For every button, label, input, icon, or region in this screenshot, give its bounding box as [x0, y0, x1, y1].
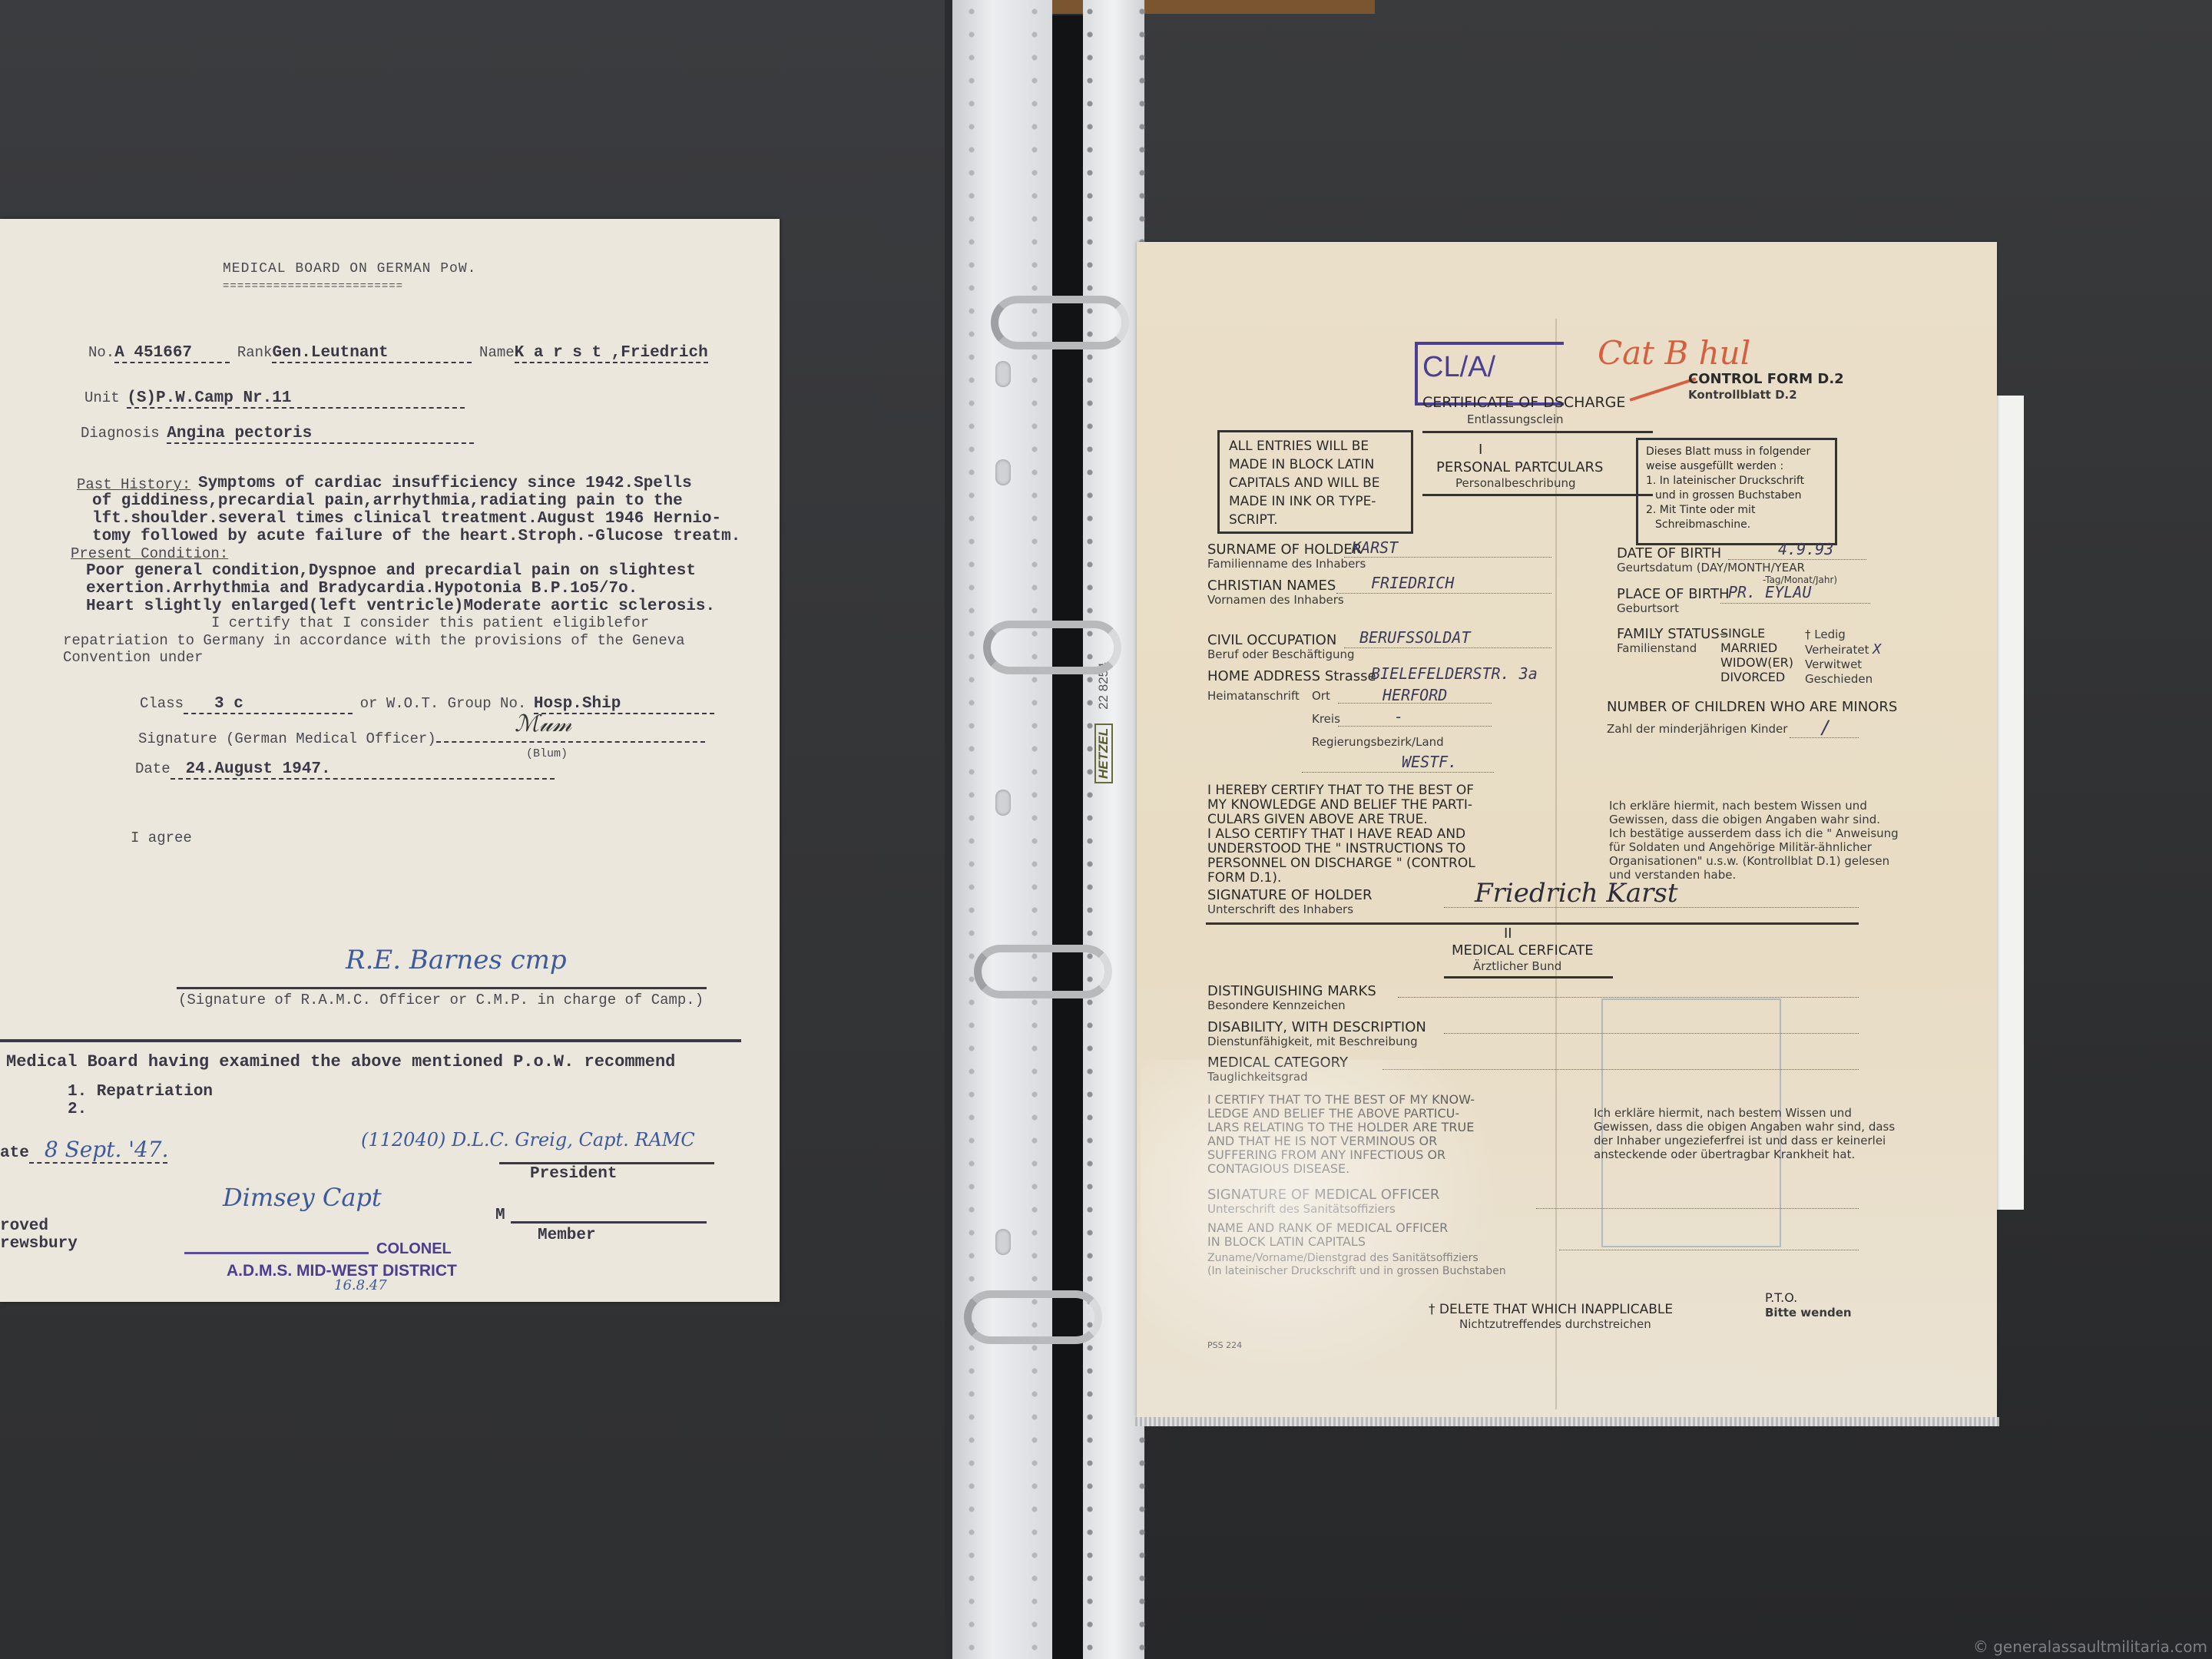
disability-label: DISABILITY, WITH DESCRIPTION [1207, 1019, 1426, 1035]
diagnosis-value: Angina pectoris [167, 425, 474, 444]
row-number-rank-name: No.A 451667 RankGen.Leutnant NameK a r s… [88, 344, 708, 363]
certify-line-de: für Soldaten und Angehörige Militär-ähnl… [1609, 840, 1899, 854]
president-line [499, 1162, 714, 1164]
instructions-box-de: Dieses Blatt muss in folgender weise aus… [1636, 438, 1837, 545]
diagnosis-label: Diagnosis [81, 425, 160, 442]
kreis-label: Kreis [1312, 712, 1340, 726]
family-option: WIDOW(ER) [1720, 655, 1793, 670]
present-condition-label: Present Condition: [71, 545, 228, 562]
field-line [1559, 1250, 1859, 1250]
instruction-line: MADE IN INK OR TYPE- [1229, 492, 1402, 511]
title-underline: ========================= [223, 280, 403, 293]
surname-value: KARST [1352, 538, 1398, 557]
occupation-label: CIVIL OCCUPATION [1207, 632, 1336, 648]
past-history-line: of giddiness,precardial pain,arrhythmia,… [92, 492, 683, 510]
home-address-label-de: Heimatanschrift [1207, 689, 1300, 703]
board-statement: Medical Board having examined the above … [6, 1052, 675, 1071]
family-option-de: Verheiratet [1805, 643, 1869, 657]
section-1-title-de: Personalbeschribung [1455, 476, 1575, 490]
german-officer-name: (Blum) [526, 747, 568, 760]
sleeve-perforation [966, 0, 977, 1659]
certify-line: PERSONNEL ON DISCHARGE " (CONTROL [1207, 856, 1475, 871]
approved-place: rewsbury [0, 1235, 78, 1253]
control-form-de: Kontrollblatt D.2 [1688, 388, 1797, 402]
certify-line: repatriation to Germany in accordance wi… [63, 632, 685, 649]
dob-label-de: Geurtsdatum (DAY/MONTH/YEAR [1617, 561, 1805, 575]
president-signature: (112040) D.L.C. Greig, Capt. RAMC [361, 1129, 695, 1151]
red-annotation: Cat B hul [1598, 334, 1750, 372]
certify-line-de: der Inhaber ungezieferfrei ist und dass … [1594, 1134, 1895, 1147]
punch-hole [995, 1229, 1011, 1255]
christian-names-value: FRIEDRICH [1371, 574, 1454, 592]
section-2-title: MEDICAL CERFICATE [1452, 942, 1594, 959]
document-title: MEDICAL BOARD ON GERMAN PoW. [223, 261, 476, 276]
binder-ring [983, 621, 1121, 674]
class-value: 3 c [184, 695, 353, 714]
christian-names-label-de: Vornamen des Inhabers [1207, 593, 1344, 607]
board-date-value: 8 Sept. '47. [29, 1137, 167, 1164]
field-line [1790, 737, 1859, 738]
children-label-de: Zahl der minderjährigen Kinder [1607, 722, 1787, 736]
section-divider [0, 1039, 741, 1042]
signature-label: Signature (German Medical Officer) [138, 730, 436, 747]
certify-line: Convention under [63, 649, 203, 666]
pob-value: PR. EYLAU [1728, 583, 1811, 601]
medical-board-document: MEDICAL BOARD ON GERMAN PoW. ===========… [0, 219, 780, 1302]
dob-value: 4.9.93 [1778, 540, 1833, 558]
red-strike [1630, 377, 1697, 402]
instruction-line: Schreibmaschine. [1646, 518, 1827, 532]
pto: P.T.O. [1765, 1290, 1797, 1305]
certify-line-de: Organisationen" u.s.w. (Kontrollblat D.1… [1609, 854, 1899, 868]
instruction-line: weise ausgefüllt werden : [1646, 459, 1827, 474]
occupation-label-de: Beruf oder Beschäftigung [1207, 647, 1355, 661]
family-status-label: FAMILY STATUS– [1617, 626, 1727, 642]
family-option-de: Verwitwet [1805, 657, 1881, 672]
sleeve-perforation [1084, 0, 1095, 1659]
land-value: WESTF. [1402, 753, 1457, 771]
colonel-signature: Dimsey Capt [223, 1183, 382, 1212]
approved-text: roved [0, 1217, 48, 1235]
sleeve-perforation [1029, 0, 1040, 1659]
binder-brand: HETZEL [1094, 724, 1113, 783]
board-date-label: ate [0, 1144, 29, 1162]
surname-label: SURNAME OF HOLDER [1207, 541, 1362, 558]
present-condition-line: Heart slightly enlarged(left ventricle)M… [86, 598, 715, 615]
section-1-rule [1422, 494, 1653, 496]
certify-line-de: Ich bestätige ausserdem dass ich die " A… [1609, 826, 1899, 840]
binder-ring [991, 296, 1129, 349]
ort-label: Ort [1312, 689, 1330, 703]
field-line [1338, 703, 1492, 704]
name-value: K a r s t ,Friedrich [515, 344, 708, 363]
pob-label-de: Geburtsort [1617, 601, 1679, 615]
punch-hole [995, 790, 1011, 816]
section-2-number: II [1504, 926, 1512, 942]
instructions-box-en: ALL ENTRIES WILL BE MADE IN BLOCK LATIN … [1217, 430, 1413, 534]
no-label: No. [88, 344, 114, 361]
disability-label-de: Dienstunfähigkeit, mit Beschreibung [1207, 1035, 1418, 1048]
instruction-line: ALL ENTRIES WILL BE [1229, 437, 1402, 455]
instruction-line: und in grossen Buchstaben [1646, 488, 1827, 503]
cla-stamp: CL/A/ [1422, 351, 1495, 384]
sleeve-seam [1135, 1417, 1999, 1426]
german-officer-signature: ℳ𝓊𝓂 [515, 710, 571, 737]
family-status-label-de: Familienstand [1617, 641, 1697, 655]
class-label: Class [140, 695, 184, 712]
section-1-number: I [1479, 442, 1482, 458]
instruction-line: Dieses Blatt muss in folgender [1646, 445, 1827, 459]
colonel-line [184, 1252, 369, 1254]
field-line [1398, 997, 1859, 998]
binder-ring [964, 1290, 1102, 1344]
row-signature: Signature (German Medical Officer) [138, 727, 705, 747]
member-line [511, 1221, 707, 1224]
row-board-date: ate8 Sept. '47. [0, 1137, 167, 1164]
marks-label: DISTINGUISHING MARKS [1207, 983, 1376, 999]
punch-hole [995, 361, 1011, 387]
field-line [1302, 772, 1494, 773]
holder-signature-label-de: Unterschrift des Inhabers [1207, 902, 1353, 916]
family-option: SINGLE [1720, 626, 1793, 641]
group-label: or W.O.T. Group No. [360, 695, 527, 712]
recommendation-1: 1. Repatriation [68, 1083, 213, 1101]
family-option-de: † Ledig [1805, 628, 1881, 642]
recommendation-2: 2. [68, 1101, 87, 1118]
section-divider [1206, 922, 1859, 925]
field-line [1444, 1033, 1859, 1034]
children-label: NUMBER OF CHILDREN WHO ARE MINORS [1607, 699, 1897, 715]
certify-line: I certify that I consider this patient e… [211, 614, 649, 631]
kreis-value: - [1394, 707, 1403, 726]
christian-names-label: CHRISTIAN NAMES [1207, 578, 1336, 594]
present-condition-line: exertion.Arrhythmia and Bradycardia.Hypo… [86, 580, 637, 598]
certificate-title: CERTIFICATE OF DSCHARGE [1422, 394, 1625, 411]
pto-de: Bitte wenden [1765, 1306, 1852, 1320]
past-history-label: Past History: [77, 476, 190, 493]
binder-gap [1052, 15, 1083, 1659]
certify-line-de: Gewissen, dass die obigen Angaben wahr s… [1609, 813, 1899, 826]
family-options-de: † Ledig Verheiratet X Verwitwet Geschied… [1805, 628, 1881, 687]
certify-line: MY KNOWLEDGE AND BELIEF THE PARTI- [1207, 798, 1475, 813]
field-line [1536, 1208, 1859, 1209]
field-line [1344, 647, 1551, 648]
unit-label: Unit [84, 389, 120, 406]
name-label: Name [479, 344, 515, 361]
section-2-title-de: Ärztlicher Bund [1473, 959, 1561, 973]
family-option-de: Geschieden [1805, 672, 1881, 687]
instruction-line: 2. Mit Tinte oder mit [1646, 503, 1827, 518]
instruction-line: MADE IN BLOCK LATIN [1229, 455, 1402, 474]
ramc-signature: R.E. Barnes cmp [346, 945, 567, 975]
children-value: / [1820, 717, 1831, 738]
dob-label: DATE OF BIRTH [1617, 545, 1721, 561]
certify-line-de: ansteckende oder übertragbar Krankheit h… [1594, 1147, 1895, 1161]
field-line [1720, 603, 1870, 604]
ramc-signature-line [177, 987, 707, 989]
colonel-stamp: COLONEL [376, 1240, 452, 1258]
unit-value: (S)P.W.Camp Nr.11 [127, 389, 465, 409]
holder-certify-de: Ich erkläre hiermit, nach bestem Wissen … [1609, 799, 1899, 882]
row-date: Date24.August 1947. [135, 760, 555, 780]
family-options: SINGLE MARRIED WIDOW(ER) DIVORCED [1720, 626, 1793, 684]
row-unit: Unit (S)P.W.Camp Nr.11 [84, 389, 465, 409]
rank-label: Rank [237, 344, 273, 361]
section-1-title: PERSONAL PARTCULARS [1436, 459, 1603, 475]
occupation-value: BERUFSSOLDAT [1359, 628, 1471, 647]
holder-certify-en: I HEREBY CERTIFY THAT TO THE BEST OF MY … [1207, 783, 1475, 886]
member-prefix: M [495, 1207, 505, 1224]
field-line [1336, 593, 1551, 594]
marks-label-de: Besondere Kennzeichen [1207, 998, 1346, 1012]
date-value: 24.August 1947. [171, 760, 555, 780]
binder-label: HETZEL22 8254 [1094, 662, 1113, 783]
field-line [1338, 726, 1492, 727]
section-2-rule [1444, 976, 1613, 979]
agree-text: I agree [131, 829, 192, 846]
field-line [1344, 557, 1551, 558]
field-line [1444, 907, 1859, 908]
instruction-line: 1. In lateinischer Druckschrift [1646, 474, 1827, 488]
certify-line-de: Ich erkläre hiermit, nach bestem Wissen … [1609, 799, 1899, 813]
certify-line-de: Gewissen, dass die obigen Angaben wahr s… [1594, 1120, 1895, 1134]
certify-line: UNDERSTOOD THE " INSTRUCTIONS TO [1207, 842, 1475, 856]
past-history-line: tomy followed by acute failure of the he… [92, 528, 740, 545]
instruction-line: SCRIPT. [1229, 511, 1402, 529]
date-label: Date [135, 760, 171, 777]
rank-value: Gen.Leutnant [272, 344, 472, 363]
medical-certify-de: Ich erkläre hiermit, nach bestem Wissen … [1594, 1106, 1895, 1161]
pob-label: PLACE OF BIRTH [1617, 586, 1730, 602]
certify-line-de: Ich erkläre hiermit, nach bestem Wissen … [1594, 1106, 1895, 1120]
certify-line: I ALSO CERTIFY THAT I HAVE READ AND [1207, 827, 1475, 842]
holder-signature: Friedrich Karst [1475, 878, 1678, 909]
member-label: Member [538, 1227, 596, 1244]
present-condition-line: Poor general condition,Dyspnoe and preca… [86, 562, 696, 580]
president-label: President [530, 1165, 617, 1183]
holder-signature-label: SIGNATURE OF HOLDER [1207, 887, 1373, 903]
binder-ring [974, 945, 1112, 998]
adms-date: 16.8.47 [334, 1277, 387, 1293]
instruction-line: CAPITALS AND WILL BE [1229, 474, 1402, 492]
surname-label-de: Familienname des Inhabers [1207, 557, 1366, 571]
past-history-line: lft.shoulder.several times clinical trea… [92, 510, 721, 528]
certify-line: CULARS GIVEN ABOVE ARE TRUE. [1207, 813, 1475, 827]
land-label: Regierungsbezirk/Land [1312, 735, 1444, 749]
title-rule [1422, 431, 1653, 433]
no-value: A 451667 [114, 344, 230, 363]
control-form: CONTROL FORM D.2 [1688, 371, 1844, 387]
row-class: Class3 c or W.O.T. Group No. Hosp.Ship [140, 695, 714, 714]
ort-value: HERFORD [1382, 686, 1447, 704]
field-line [1728, 559, 1866, 560]
past-history-line: Symptoms of cardiac insufficiency since … [198, 475, 692, 492]
family-option: MARRIED [1720, 641, 1793, 655]
punch-hole [995, 459, 1011, 485]
certificate-title-de: Entlassungsclein [1467, 412, 1564, 426]
home-address-value: BIELEFELDERSTR. 3a [1371, 664, 1538, 683]
home-address-label: HOME ADDRESS Strasse [1207, 668, 1376, 684]
watermark: © generalassaultmilitaria.com [1973, 1637, 2207, 1656]
certify-line: FORM D.1). [1207, 871, 1475, 886]
family-option: DIVORCED [1720, 670, 1793, 684]
family-mark: X [1873, 641, 1881, 657]
ramc-caption: (Signature of R.A.M.C. Officer or C.M.P.… [178, 992, 704, 1008]
row-diagnosis: Diagnosis Angina pectoris [81, 425, 474, 444]
sleeve-glare [1141, 1060, 1502, 1382]
certify-line: I HEREBY CERTIFY THAT TO THE BEST OF [1207, 783, 1475, 798]
